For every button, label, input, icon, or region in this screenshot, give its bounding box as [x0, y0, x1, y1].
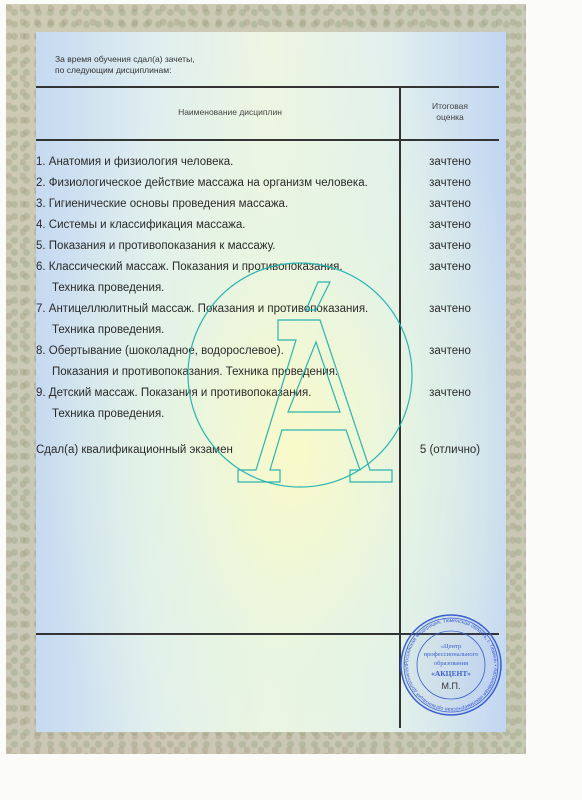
discipline-grade: зачтено: [400, 240, 500, 252]
discipline-grade: зачтено: [400, 387, 500, 399]
discipline-row-line: 9. Детский массаж. Показания и противопо…: [36, 387, 311, 399]
discipline-row-line: 5. Показания и противопоказания к массаж…: [36, 240, 275, 252]
discipline-row-line: 4. Системы и классификация массажа.: [36, 219, 245, 231]
discipline-row-line: Техника проведения.: [52, 408, 164, 420]
discipline-grade: зачтено: [400, 156, 500, 168]
discipline-grade: зачтено: [400, 198, 500, 210]
discipline-row-line: 2. Физиологическое действие массажа на о…: [36, 177, 368, 189]
intro-line-1: За время обучения сдал(а) зачеты,: [55, 54, 195, 65]
discipline-grade: зачтено: [400, 177, 500, 189]
discipline-row-line: 7. Антицеллюлитный массаж. Показания и п…: [36, 303, 368, 315]
table-header-rule: [36, 139, 499, 141]
discipline-grade: зачтено: [400, 345, 500, 357]
column-header-discipline: Наименование дисциплин: [130, 107, 330, 118]
exam-grade: 5 (отлично): [400, 444, 500, 456]
discipline-grade: зачтено: [400, 261, 500, 273]
table-bottom-rule: [36, 633, 499, 635]
discipline-row-line: 1. Анатомия и физиология человека.: [36, 156, 233, 168]
exam-label: Сдал(а) квалификационный экзамен: [36, 444, 233, 456]
discipline-row-line: 8. Обертывание (шоколадное, водорослевое…: [36, 345, 284, 357]
intro-line-2: по следующим дисциплинам:: [55, 65, 195, 76]
column-header-grade-line-2: оценка: [400, 112, 500, 123]
column-header-grade-line-1: Итоговая: [400, 101, 500, 112]
discipline-row-line: Техника проведения.: [52, 282, 164, 294]
column-header-grade: Итоговая оценка: [400, 101, 500, 123]
table-top-rule: [36, 86, 499, 88]
discipline-row-line: Показания и противопоказания. Техника пр…: [52, 366, 338, 378]
intro-text: За время обучения сдал(а) зачеты, по сле…: [55, 54, 195, 76]
discipline-row-line: 3. Гигиенические основы проведения масса…: [36, 198, 288, 210]
discipline-row-line: Техника проведения.: [52, 324, 164, 336]
discipline-row-line: 6. Классический массаж. Показания и прот…: [36, 261, 343, 273]
document-panel: [36, 32, 506, 732]
discipline-grade: зачтено: [400, 303, 500, 315]
discipline-grade: зачтено: [400, 219, 500, 231]
